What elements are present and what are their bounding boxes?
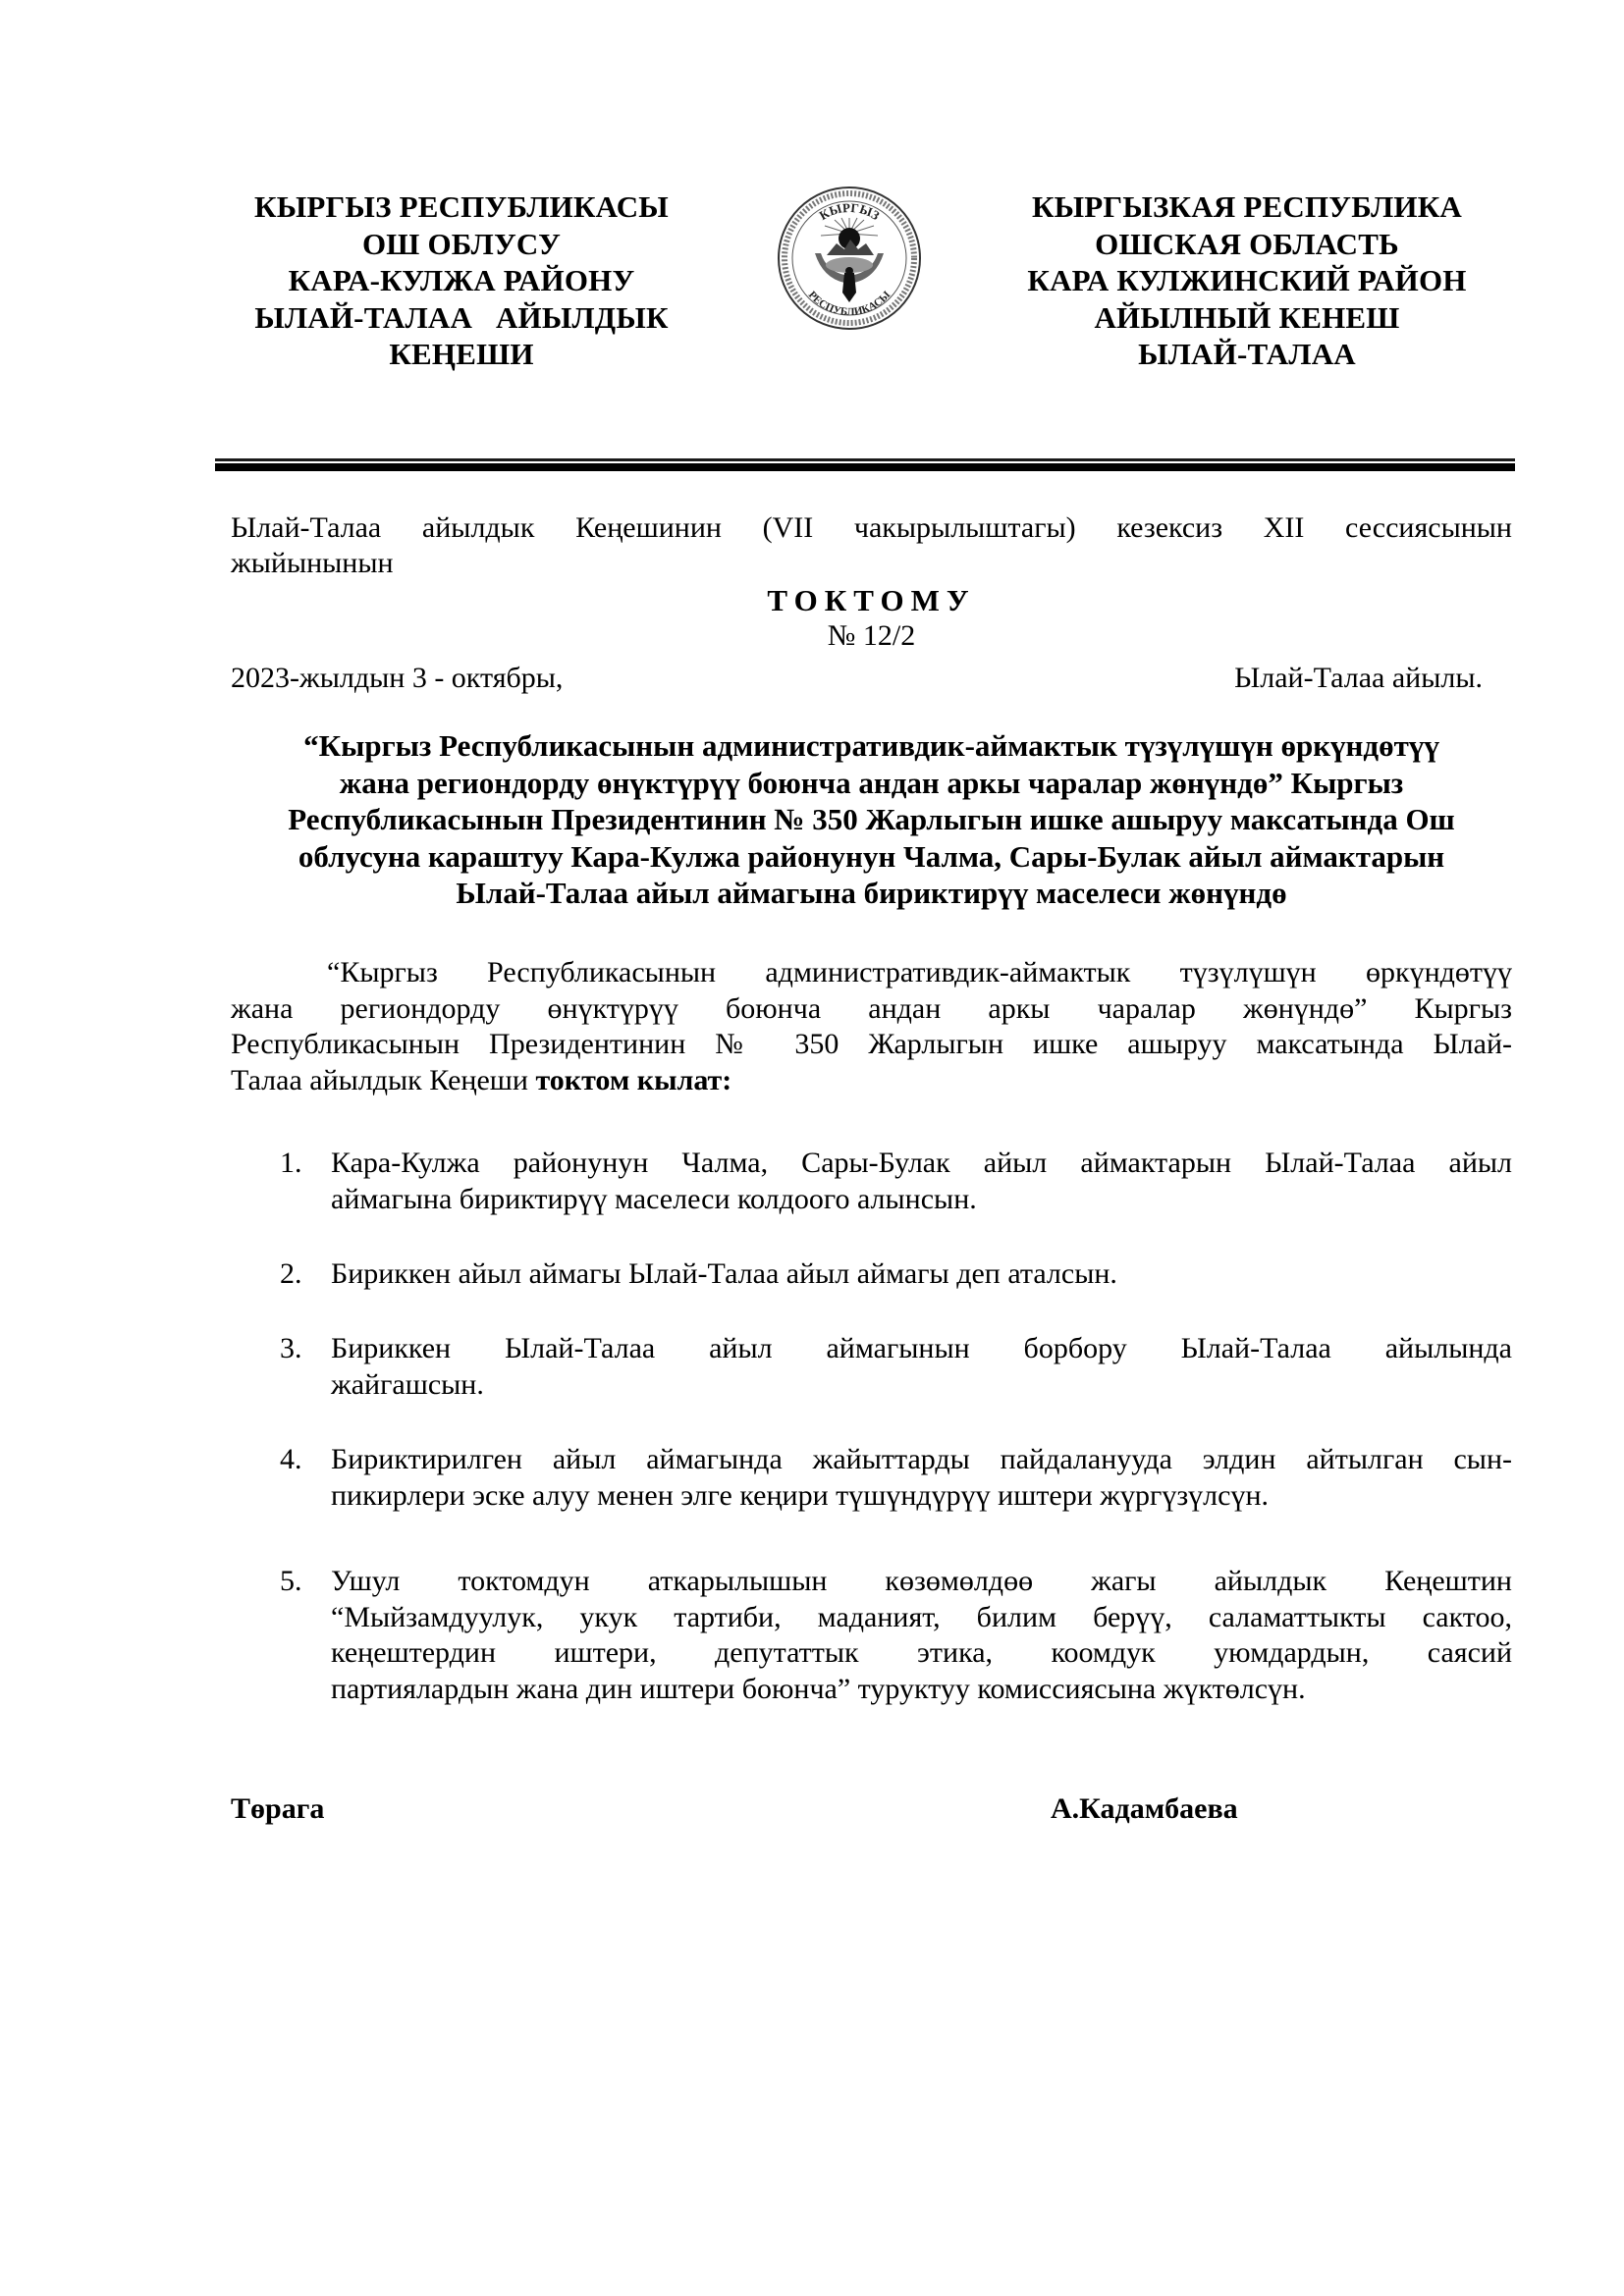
document-title: ТОКТОМУ xyxy=(231,583,1512,618)
resolution-item: 1. Кара-Кулжа районунун Чалма, Сары-Була… xyxy=(280,1146,1512,1217)
subject-line: облусуна караштуу Кара-Кулжа районунун Ч… xyxy=(231,838,1512,876)
item-line: жайгашсын. xyxy=(331,1367,1512,1404)
subject-line: “Кыргыз Республикасынын административдик… xyxy=(231,727,1512,765)
header-divider-thin xyxy=(215,458,1515,461)
item-line: “Мыйзамдуулук, укук тартиби, маданият, б… xyxy=(331,1600,1512,1636)
item-number: 5. xyxy=(280,1564,329,1600)
header-kyrgyz: КЫРГЫЗ РЕСПУБЛИКАСЫ ОШ ОБЛУСУ КАРА-КУЛЖА… xyxy=(216,188,707,373)
header-divider-thick xyxy=(215,463,1515,471)
header-right-line: КАРА КУЛЖИНСКИЙ РАЙОН xyxy=(982,262,1512,299)
item-line: партиялардын жана дин иштери боюнча” тур… xyxy=(331,1672,1512,1708)
item-line: Бириккен айыл аймагы Ылай-Талаа айыл айм… xyxy=(331,1256,1512,1293)
document-date: 2023-жылдын 3 - октябры, xyxy=(231,662,563,694)
subject-line: жана региондорду өнүктүрүү боюнча андан … xyxy=(231,765,1512,802)
state-emblem-icon: КЫРГЫЗ РЕСПУБЛИКАСЫ xyxy=(776,185,923,332)
preamble-line: Талаа айылдык Кеңеши токтом кылат: xyxy=(231,1063,1512,1099)
signatory-role: Төрага xyxy=(231,1791,324,1827)
header-left-line: КЫРГЫЗ РЕСПУБЛИКАСЫ xyxy=(216,188,707,226)
session-line: Ылай-Талаа айылдык Кеңешинин (VII чакыры… xyxy=(231,510,1512,546)
document-number: № 12/2 xyxy=(231,618,1512,654)
item-line: Бириккен Ылай-Талаа айыл аймагынын борбо… xyxy=(331,1331,1512,1367)
item-number: 1. xyxy=(280,1146,329,1182)
item-number: 2. xyxy=(280,1256,329,1293)
resolution-item: 3. Бириккен Ылай-Талаа айыл аймагынын бо… xyxy=(280,1331,1512,1403)
preamble-paragraph: “Кыргыз Республикасынын административдик… xyxy=(231,955,1512,1098)
resolution-item: 2. Бириккен айыл аймагы Ылай-Талаа айыл … xyxy=(280,1256,1512,1293)
subject-line: Республикасынын Президентинин № 350 Жарл… xyxy=(231,801,1512,838)
header-russian: КЫРГЫЗКАЯ РЕСПУБЛИКА ОШСКАЯ ОБЛАСТЬ КАРА… xyxy=(982,188,1512,373)
resolution-item: 5. Ушул токтомдун аткарылышын көзөмөлдөө… xyxy=(280,1564,1512,1707)
item-number: 4. xyxy=(280,1442,329,1478)
document-place: Ылай-Талаа айылы. xyxy=(1234,661,1483,696)
header-right-line: ОШСКАЯ ОБЛАСТЬ xyxy=(982,226,1512,263)
preamble-text: Талаа айылдык Кеңеши xyxy=(231,1064,535,1096)
resolves-phrase: токтом кылат: xyxy=(535,1064,731,1096)
item-line: Ушул токтомдун аткарылышын көзөмөлдөө жа… xyxy=(331,1564,1512,1600)
header-left-line: КЕҢЕШИ xyxy=(216,336,707,373)
resolution-subject: “Кыргыз Республикасынын административдик… xyxy=(231,727,1512,912)
date-place-row: 2023-жылдын 3 - октябры, Ылай-Талаа айыл… xyxy=(231,661,1512,696)
header-right-line: АЙЫЛНЫЙ КЕНЕШ xyxy=(982,299,1512,337)
item-line: Бириктирилген айыл аймагында жайыттарды … xyxy=(331,1442,1512,1478)
header-left-line: ОШ ОБЛУСУ xyxy=(216,226,707,263)
preamble-line: “Кыргыз Республикасынын административдик… xyxy=(231,955,1512,991)
document-page: КЫРГЫЗ РЕСПУБЛИКАСЫ ОШ ОБЛУСУ КАРА-КУЛЖА… xyxy=(0,0,1624,2296)
signatory-name: А.Кадамбаева xyxy=(1051,1791,1238,1827)
header-right-line: КЫРГЫЗКАЯ РЕСПУБЛИКА xyxy=(982,188,1512,226)
header-left-line: ЫЛАЙ-ТАЛАА АЙЫЛДЫК xyxy=(216,299,707,337)
preamble-line: жана региондорду өнүктүрүү боюнча андан … xyxy=(231,991,1512,1028)
resolution-item: 4. Бириктирилген айыл аймагында жайыттар… xyxy=(280,1442,1512,1514)
header-left-line: КАРА-КУЛЖА РАЙОНУ xyxy=(216,262,707,299)
item-line: Кара-Кулжа районунун Чалма, Сары-Булак а… xyxy=(331,1146,1512,1182)
header-right-line: ЫЛАЙ-ТАЛАА xyxy=(982,336,1512,373)
item-line: пикирлери эске алуу менен элге кеңири тү… xyxy=(331,1478,1512,1515)
item-line: аймагына бириктирүү маселеси колдоого ал… xyxy=(331,1182,1512,1218)
session-line-continued: жыйынынын xyxy=(231,546,1512,581)
item-number: 3. xyxy=(280,1331,329,1367)
preamble-line: Республикасынын Президентинин № 350 Жарл… xyxy=(231,1027,1512,1063)
item-line: кеңештердин иштери, депутаттык этика, ко… xyxy=(331,1635,1512,1672)
subject-line: Ылай-Талаа айыл аймагына бириктирүү масе… xyxy=(231,875,1512,912)
